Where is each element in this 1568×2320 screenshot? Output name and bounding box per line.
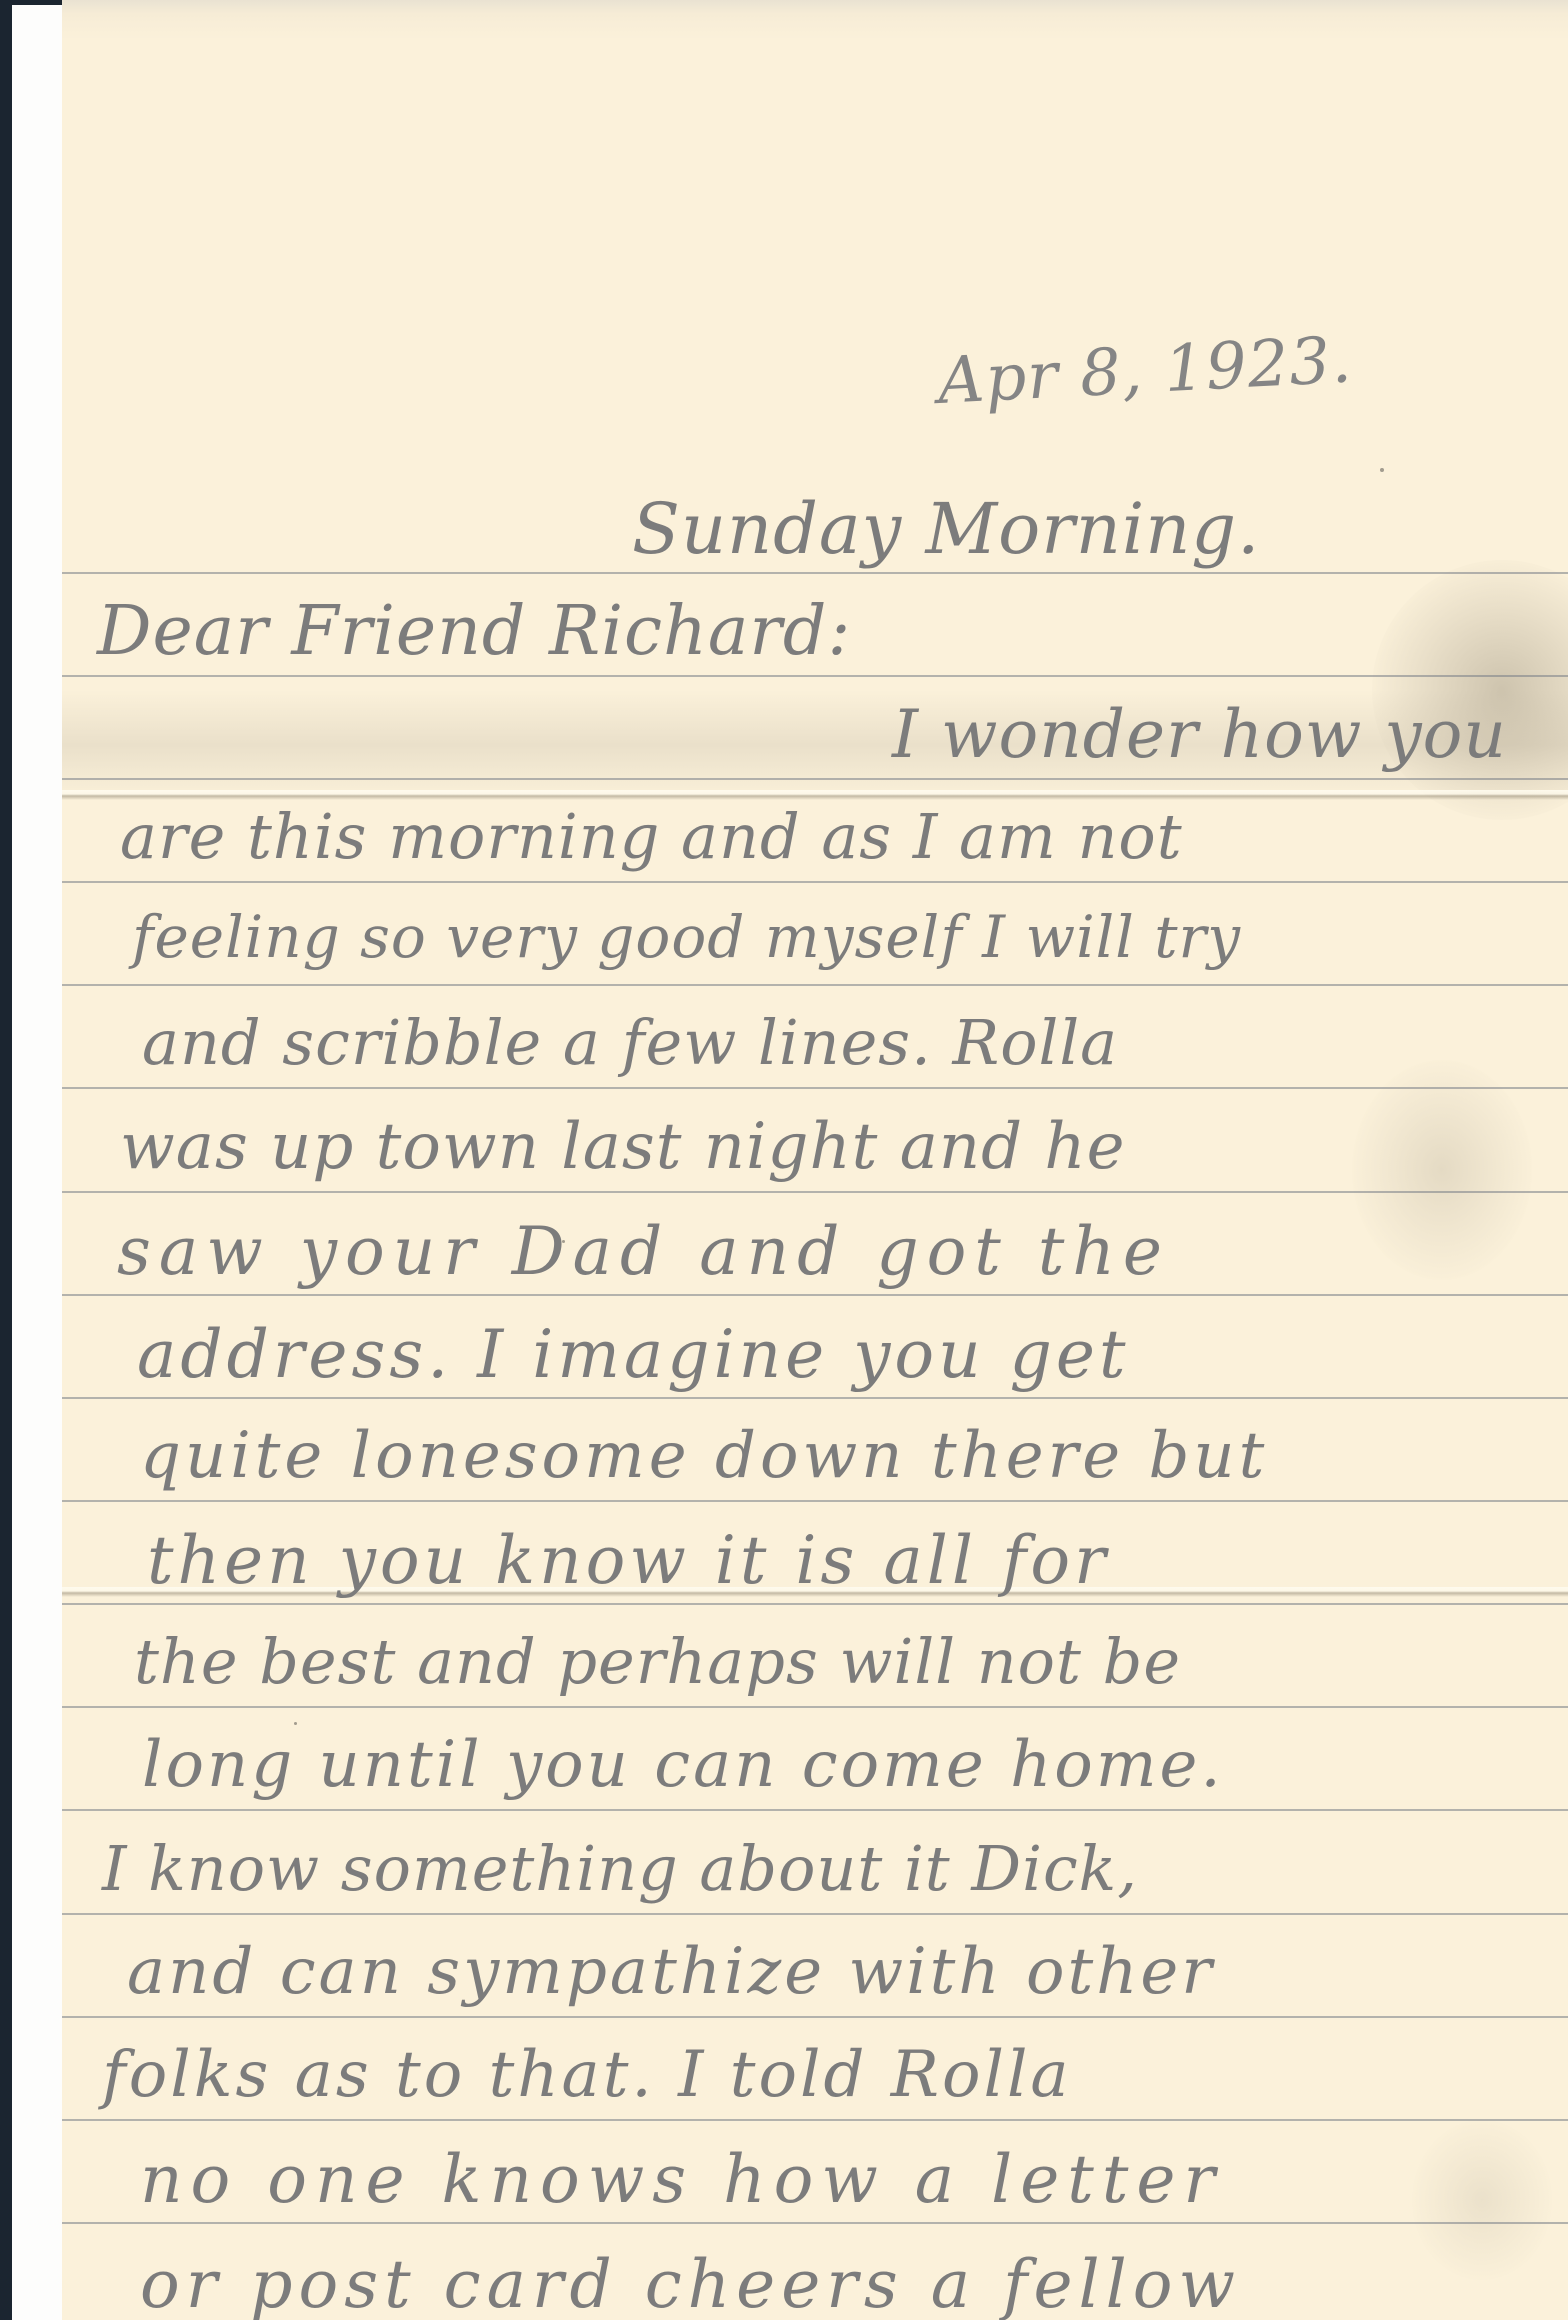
letter-line: I wonder how you — [892, 696, 1507, 773]
fold-crease — [62, 790, 1568, 800]
letter-line: address. I imagine you get — [137, 1316, 1130, 1393]
ruled-line — [62, 1706, 1568, 1708]
letter-line: folks as to that. I told Rolla — [102, 2038, 1072, 2112]
ruled-line — [62, 984, 1568, 986]
letter-line: then you know it is all for — [147, 1522, 1110, 1599]
ruled-line — [62, 1087, 1568, 1089]
letter-line: long until you can come home. — [142, 1728, 1224, 1802]
letter-line: no one knows how a letter — [140, 2141, 1223, 2218]
ruled-line — [62, 1294, 1568, 1296]
letter-salutation: Dear Friend Richard: — [97, 592, 851, 671]
smudge-stain — [1412, 2120, 1552, 2280]
letter-date: Apr 8, 1923. — [936, 323, 1354, 419]
ruled-line — [62, 572, 1568, 574]
ruled-line — [62, 2119, 1568, 2121]
ruled-line — [62, 1191, 1568, 1193]
letter-heading: Sunday Morning. — [632, 488, 1260, 570]
letter-line: or post card cheers a fellow — [140, 2246, 1241, 2320]
scanner-edge — [0, 0, 12, 2320]
ruled-line — [62, 2222, 1568, 2224]
ruled-line — [62, 1397, 1568, 1399]
ruled-line — [62, 675, 1568, 677]
paper-speck — [294, 1722, 297, 1725]
letter-line: was up town last night and he — [120, 1110, 1126, 1184]
letter-line: and can sympathize with other — [127, 1935, 1215, 2009]
letter-line: quite lonesome down there but — [140, 1419, 1268, 1493]
ruled-line — [62, 778, 1568, 780]
letter-line: are this morning and as I am not — [120, 800, 1183, 873]
letter-line: feeling so very good myself I will try — [132, 903, 1241, 971]
letter-paper: Apr 8, 1923. Sunday Morning. Dear Friend… — [62, 0, 1568, 2320]
scan-margin — [12, 5, 64, 2320]
letter-line: and scribble a few lines. Rolla — [142, 1006, 1118, 1079]
ruled-line — [62, 1603, 1568, 1605]
ruled-line — [62, 2016, 1568, 2018]
ruled-line — [62, 1809, 1568, 1811]
ruled-line — [62, 881, 1568, 883]
letter-line: saw your Dad and got the — [117, 1213, 1170, 1290]
letter-line: the best and perhaps will not be — [134, 1625, 1181, 1698]
letter-line: I know something about it Dick, — [102, 1832, 1138, 1905]
ruled-line — [62, 1500, 1568, 1502]
smudge-stain — [1352, 1060, 1532, 1280]
paper-speck — [1380, 468, 1384, 472]
ruled-line — [62, 1913, 1568, 1915]
